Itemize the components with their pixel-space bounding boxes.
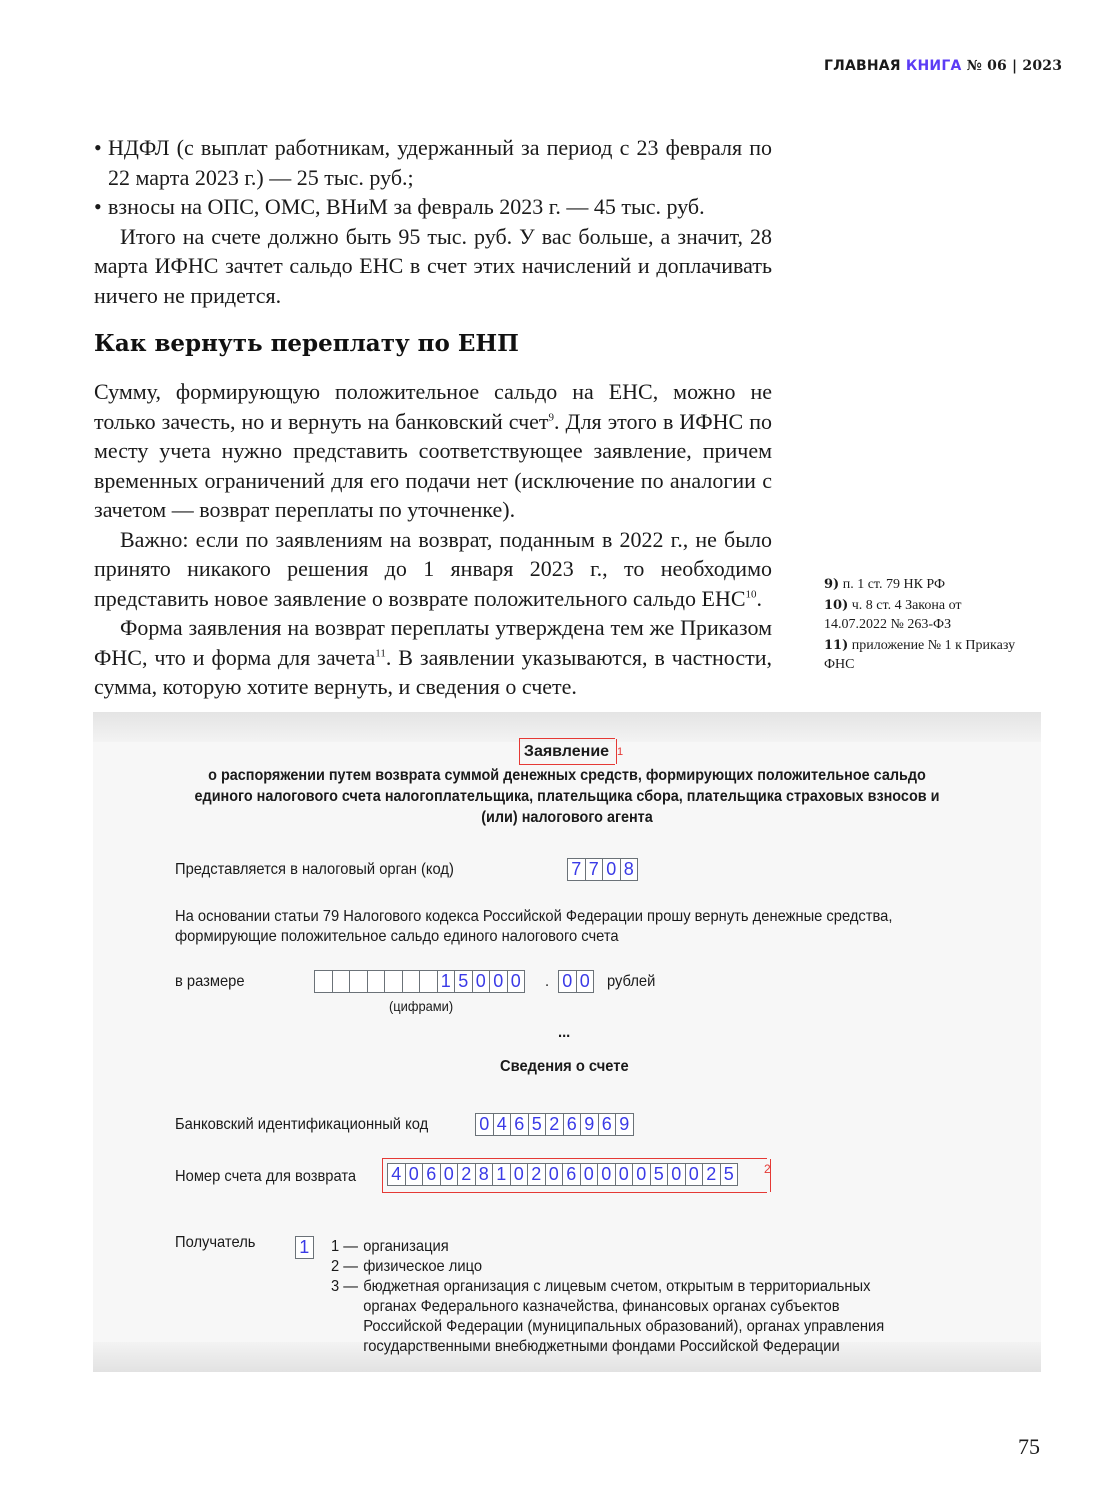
brand-name-part2: КНИГА	[906, 58, 962, 74]
amount-hint: (цифрами)	[389, 998, 453, 1014]
digit-cell[interactable]: 4	[388, 1164, 406, 1185]
digit-cell[interactable]: 6	[599, 1114, 617, 1135]
ellipsis: ...	[558, 1024, 570, 1042]
digit-cell[interactable]: 0	[603, 859, 621, 880]
bik-label: Банковский идентификационный код	[175, 1116, 428, 1134]
application-form-sample: Заявление 1 о распоряжении путем возврат…	[93, 712, 1041, 1372]
torn-edge-top	[93, 708, 1041, 716]
digit-cell[interactable]: 0	[546, 1164, 564, 1185]
digit-cell[interactable]	[350, 971, 368, 992]
form-subtitle: о распоряжении путем возврата суммой ден…	[182, 765, 952, 828]
digit-cell[interactable]: 1	[438, 971, 456, 992]
account-label: Номер счета для возврата	[175, 1168, 356, 1186]
account-section-title: Сведения о счете	[500, 1058, 629, 1076]
recipient-option: 2 —физическое лицо	[331, 1257, 915, 1277]
digit-cell[interactable]: 7	[586, 859, 604, 880]
digit-cell[interactable]: 6	[511, 1114, 529, 1135]
digit-cell[interactable]	[368, 971, 386, 992]
digit-cell[interactable]: 1	[493, 1164, 511, 1185]
tax-office-code-field[interactable]: 7708	[567, 858, 638, 881]
digit-cell[interactable]: 0	[686, 1164, 704, 1185]
amount-kopeks-field[interactable]: 00	[558, 970, 594, 993]
digit-cell[interactable]: 6	[563, 1164, 581, 1185]
digit-cell[interactable]	[420, 971, 438, 992]
digit-cell[interactable]	[385, 971, 403, 992]
digit-cell[interactable]: 9	[581, 1114, 599, 1135]
digit-cell[interactable]: 0	[559, 971, 577, 992]
digit-cell[interactable]: 5	[529, 1114, 547, 1135]
digit-cell[interactable]: 6	[564, 1114, 582, 1135]
digit-cell[interactable]: 0	[598, 1164, 616, 1185]
article-intro: • НДФЛ (с выплат работникам, удержанный …	[94, 133, 772, 310]
paragraph: Форма заявления на возврат переплаты утв…	[94, 613, 772, 702]
footnotes: 9) п. 1 ст. 79 НК РФ 10) ч. 8 ст. 4 Зако…	[824, 575, 1024, 676]
digit-cell[interactable]: 5	[721, 1164, 738, 1185]
digit-cell[interactable]: 8	[621, 859, 638, 880]
bullet-item: • НДФЛ (с выплат работникам, удержанный …	[94, 133, 772, 192]
digit-cell[interactable]: 0	[577, 971, 594, 992]
digit-cell[interactable]	[333, 971, 351, 992]
footnote-11: 11) приложение № 1 к Приказу ФНС	[824, 636, 1024, 675]
footnote-ref[interactable]: 11	[375, 647, 386, 659]
paragraph: Сумму, формирующую положительное сальдо …	[94, 377, 772, 525]
bullet-icon: •	[94, 133, 108, 192]
digit-cell[interactable]: 0	[633, 1164, 651, 1185]
digit-cell[interactable]: 6	[423, 1164, 441, 1185]
form-title: Заявление 1	[519, 738, 615, 765]
account-number-field[interactable]: 40602810206000050025	[387, 1163, 738, 1186]
digit-cell[interactable]: 5	[455, 971, 473, 992]
digit-cell[interactable]: 0	[490, 971, 508, 992]
digit-cell[interactable]: 0	[441, 1164, 459, 1185]
recipient-option: 3 —бюджетная организация с лицевым счето…	[331, 1277, 915, 1357]
bik-field[interactable]: 046526969	[475, 1113, 634, 1136]
digit-cell[interactable]: 2	[546, 1114, 564, 1135]
amount-label: в размере	[175, 973, 245, 991]
recipient-options: 1 —организация 2 —физическое лицо 3 —бюд…	[331, 1237, 915, 1357]
issue-number: № 06 | 2023	[967, 58, 1063, 74]
basis-text: На основании статьи 79 Налогового кодекс…	[175, 907, 902, 947]
paragraph-total: Итого на счете должно быть 95 тыс. руб. …	[94, 222, 772, 311]
footnote-9: 9) п. 1 ст. 79 НК РФ	[824, 575, 1024, 595]
digit-cell[interactable]: 2	[458, 1164, 476, 1185]
footnote-10: 10) ч. 8 ст. 4 Закона от 14.07.2022 № 26…	[824, 596, 1024, 635]
digit-cell[interactable]: 2	[703, 1164, 721, 1185]
digit-cell[interactable]: 0	[511, 1164, 529, 1185]
digit-cell[interactable]: 1	[296, 1237, 313, 1258]
digit-cell[interactable]: 0	[473, 971, 491, 992]
digit-cell[interactable]: 0	[406, 1164, 424, 1185]
digit-cell[interactable]: 0	[581, 1164, 599, 1185]
article-body: Сумму, формирующую положительное сальдо …	[94, 377, 772, 702]
annotation-mark: 1	[617, 746, 623, 758]
digit-cell[interactable]: 4	[494, 1114, 512, 1135]
amount-decimal-dot: .	[545, 973, 549, 991]
footnote-ref[interactable]: 10	[746, 588, 757, 600]
digit-cell[interactable]: 7	[568, 859, 586, 880]
recipient-option: 1 —организация	[331, 1237, 915, 1257]
annotation-mark: 2	[764, 1162, 771, 1176]
page-number: 75	[1018, 1434, 1040, 1460]
section-title: Как вернуть переплату по ЕНП	[94, 330, 519, 357]
amount-unit: рублей	[607, 973, 655, 991]
torn-edge-bottom	[93, 1368, 1041, 1376]
bullet-icon: •	[94, 192, 108, 222]
digit-cell[interactable]	[403, 971, 421, 992]
recipient-type-field[interactable]: 1	[295, 1236, 314, 1259]
running-header: ГЛАВНАЯ КНИГА № 06 | 2023	[824, 58, 1062, 74]
paragraph: Важно: если по заявлениям на возврат, по…	[94, 525, 772, 614]
digit-cell[interactable]: 5	[651, 1164, 669, 1185]
bullet-item: • взносы на ОПС, ОМС, ВНиМ за февраль 20…	[94, 192, 772, 222]
digit-cell[interactable]	[315, 971, 333, 992]
digit-cell[interactable]: 0	[508, 971, 525, 992]
recipient-label: Получатель	[175, 1234, 255, 1252]
digit-cell[interactable]: 0	[668, 1164, 686, 1185]
digit-cell[interactable]: 9	[616, 1114, 633, 1135]
amount-integer-field[interactable]: 15000	[314, 970, 525, 993]
tax-office-label: Представляется в налоговый орган (код)	[175, 861, 454, 879]
digit-cell[interactable]: 2	[528, 1164, 546, 1185]
digit-cell[interactable]: 8	[476, 1164, 494, 1185]
digit-cell[interactable]: 0	[476, 1114, 494, 1135]
brand-name-part1: ГЛАВНАЯ	[824, 58, 901, 74]
digit-cell[interactable]: 0	[616, 1164, 634, 1185]
